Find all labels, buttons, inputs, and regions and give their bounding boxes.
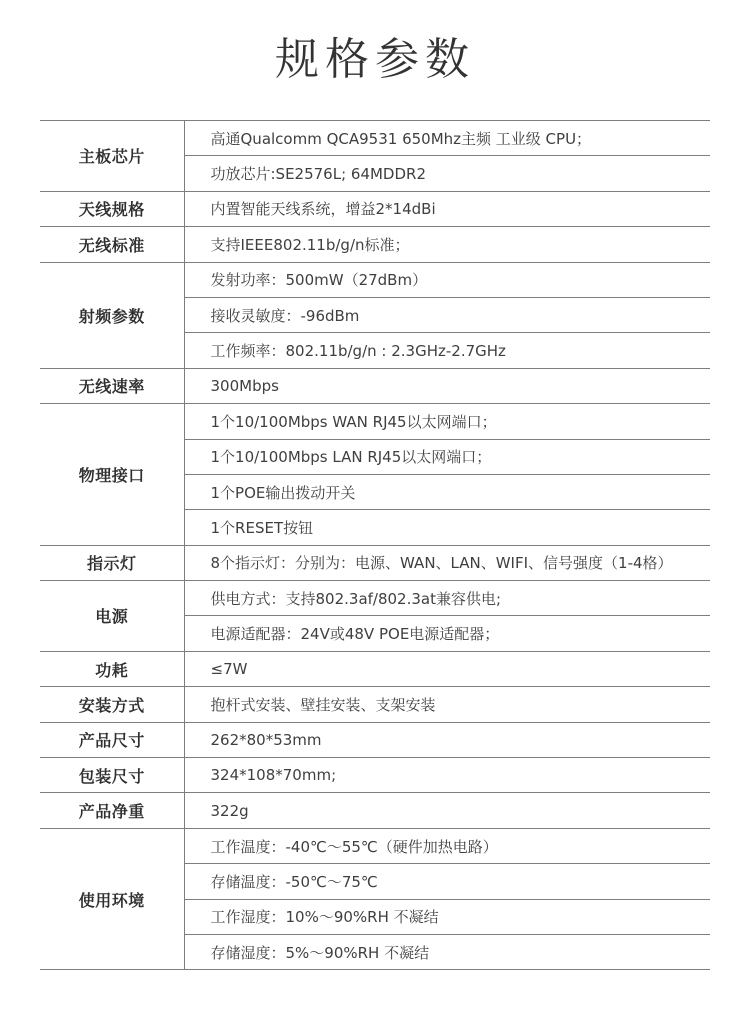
spec-label: 主板芯片 bbox=[40, 121, 184, 192]
spec-value: 1个10/100Mbps WAN RJ45以太网端口； bbox=[184, 404, 710, 439]
spec-value: 工作湿度：10%～90%RH 不凝结 bbox=[184, 899, 710, 934]
spec-row: 产品净重322g bbox=[40, 793, 710, 828]
spec-value: 功放芯片:SE2576L; 64MDDR2 bbox=[184, 156, 710, 191]
spec-value: 支持IEEE802.11b/g/n标准； bbox=[184, 227, 710, 262]
spec-label: 射频参数 bbox=[40, 262, 184, 368]
spec-row: 功耗≤7W bbox=[40, 651, 710, 686]
spec-label: 产品尺寸 bbox=[40, 722, 184, 757]
spec-row: 射频参数发射功率：500mW（27dBm） bbox=[40, 262, 710, 297]
spec-label: 天线规格 bbox=[40, 191, 184, 226]
spec-value: 接收灵敏度：-96dBm bbox=[184, 297, 710, 332]
spec-value: 300Mbps bbox=[184, 368, 710, 403]
spec-row: 包装尺寸324*108*70mm; bbox=[40, 758, 710, 793]
spec-value: 工作频率：802.11b/g/n : 2.3GHz-2.7GHz bbox=[184, 333, 710, 368]
spec-value: 存储湿度：5%～90%RH 不凝结 bbox=[184, 934, 710, 969]
page-title: 规格参数 bbox=[0, 0, 750, 89]
spec-value: 322g bbox=[184, 793, 710, 828]
spec-value: 内置智能天线系统，增益2*14dBi bbox=[184, 191, 710, 226]
spec-row: 电源供电方式：支持802.3af/802.3at兼容供电; bbox=[40, 581, 710, 616]
spec-row: 主板芯片高通Qualcomm QCA9531 650Mhz主频 工业级 CPU； bbox=[40, 121, 710, 156]
spec-value: 262*80*53mm bbox=[184, 722, 710, 757]
spec-value: 1个POE输出拨动开关 bbox=[184, 474, 710, 509]
spec-table: 主板芯片高通Qualcomm QCA9531 650Mhz主频 工业级 CPU；… bbox=[40, 120, 710, 970]
spec-value: 8个指示灯：分别为：电源、WAN、LAN、WIFI、信号强度（1-4格） bbox=[184, 545, 710, 580]
spec-value: 高通Qualcomm QCA9531 650Mhz主频 工业级 CPU； bbox=[184, 121, 710, 156]
spec-value: 电源适配器：24V或48V POE电源适配器； bbox=[184, 616, 710, 651]
spec-label: 包装尺寸 bbox=[40, 758, 184, 793]
spec-label: 无线速率 bbox=[40, 368, 184, 403]
spec-value: 工作温度：-40℃～55℃（硬件加热电路） bbox=[184, 828, 710, 863]
spec-row: 指示灯8个指示灯：分别为：电源、WAN、LAN、WIFI、信号强度（1-4格） bbox=[40, 545, 710, 580]
spec-label: 电源 bbox=[40, 581, 184, 652]
spec-table-body: 主板芯片高通Qualcomm QCA9531 650Mhz主频 工业级 CPU；… bbox=[40, 121, 710, 970]
spec-value: ≤7W bbox=[184, 651, 710, 686]
spec-value: 1个10/100Mbps LAN RJ45以太网端口； bbox=[184, 439, 710, 474]
spec-label: 物理接口 bbox=[40, 404, 184, 546]
spec-label: 功耗 bbox=[40, 651, 184, 686]
spec-value: 抱杆式安装、壁挂安装、支架安装 bbox=[184, 687, 710, 722]
spec-value: 供电方式：支持802.3af/802.3at兼容供电; bbox=[184, 581, 710, 616]
spec-label: 安装方式 bbox=[40, 687, 184, 722]
spec-value: 存储温度：-50℃～75℃ bbox=[184, 864, 710, 899]
spec-row: 无线速率300Mbps bbox=[40, 368, 710, 403]
spec-label: 产品净重 bbox=[40, 793, 184, 828]
spec-value: 1个RESET按钮 bbox=[184, 510, 710, 545]
spec-row: 安装方式抱杆式安装、壁挂安装、支架安装 bbox=[40, 687, 710, 722]
spec-sheet-page: 规格参数 主板芯片高通Qualcomm QCA9531 650Mhz主频 工业级… bbox=[0, 0, 750, 1013]
spec-row: 无线标准支持IEEE802.11b/g/n标准； bbox=[40, 227, 710, 262]
spec-row: 产品尺寸262*80*53mm bbox=[40, 722, 710, 757]
spec-value: 发射功率：500mW（27dBm） bbox=[184, 262, 710, 297]
spec-label: 无线标准 bbox=[40, 227, 184, 262]
spec-label: 指示灯 bbox=[40, 545, 184, 580]
spec-value: 324*108*70mm; bbox=[184, 758, 710, 793]
spec-row: 天线规格内置智能天线系统，增益2*14dBi bbox=[40, 191, 710, 226]
spec-row: 物理接口1个10/100Mbps WAN RJ45以太网端口； bbox=[40, 404, 710, 439]
spec-label: 使用环境 bbox=[40, 828, 184, 970]
spec-row: 使用环境工作温度：-40℃～55℃（硬件加热电路） bbox=[40, 828, 710, 863]
